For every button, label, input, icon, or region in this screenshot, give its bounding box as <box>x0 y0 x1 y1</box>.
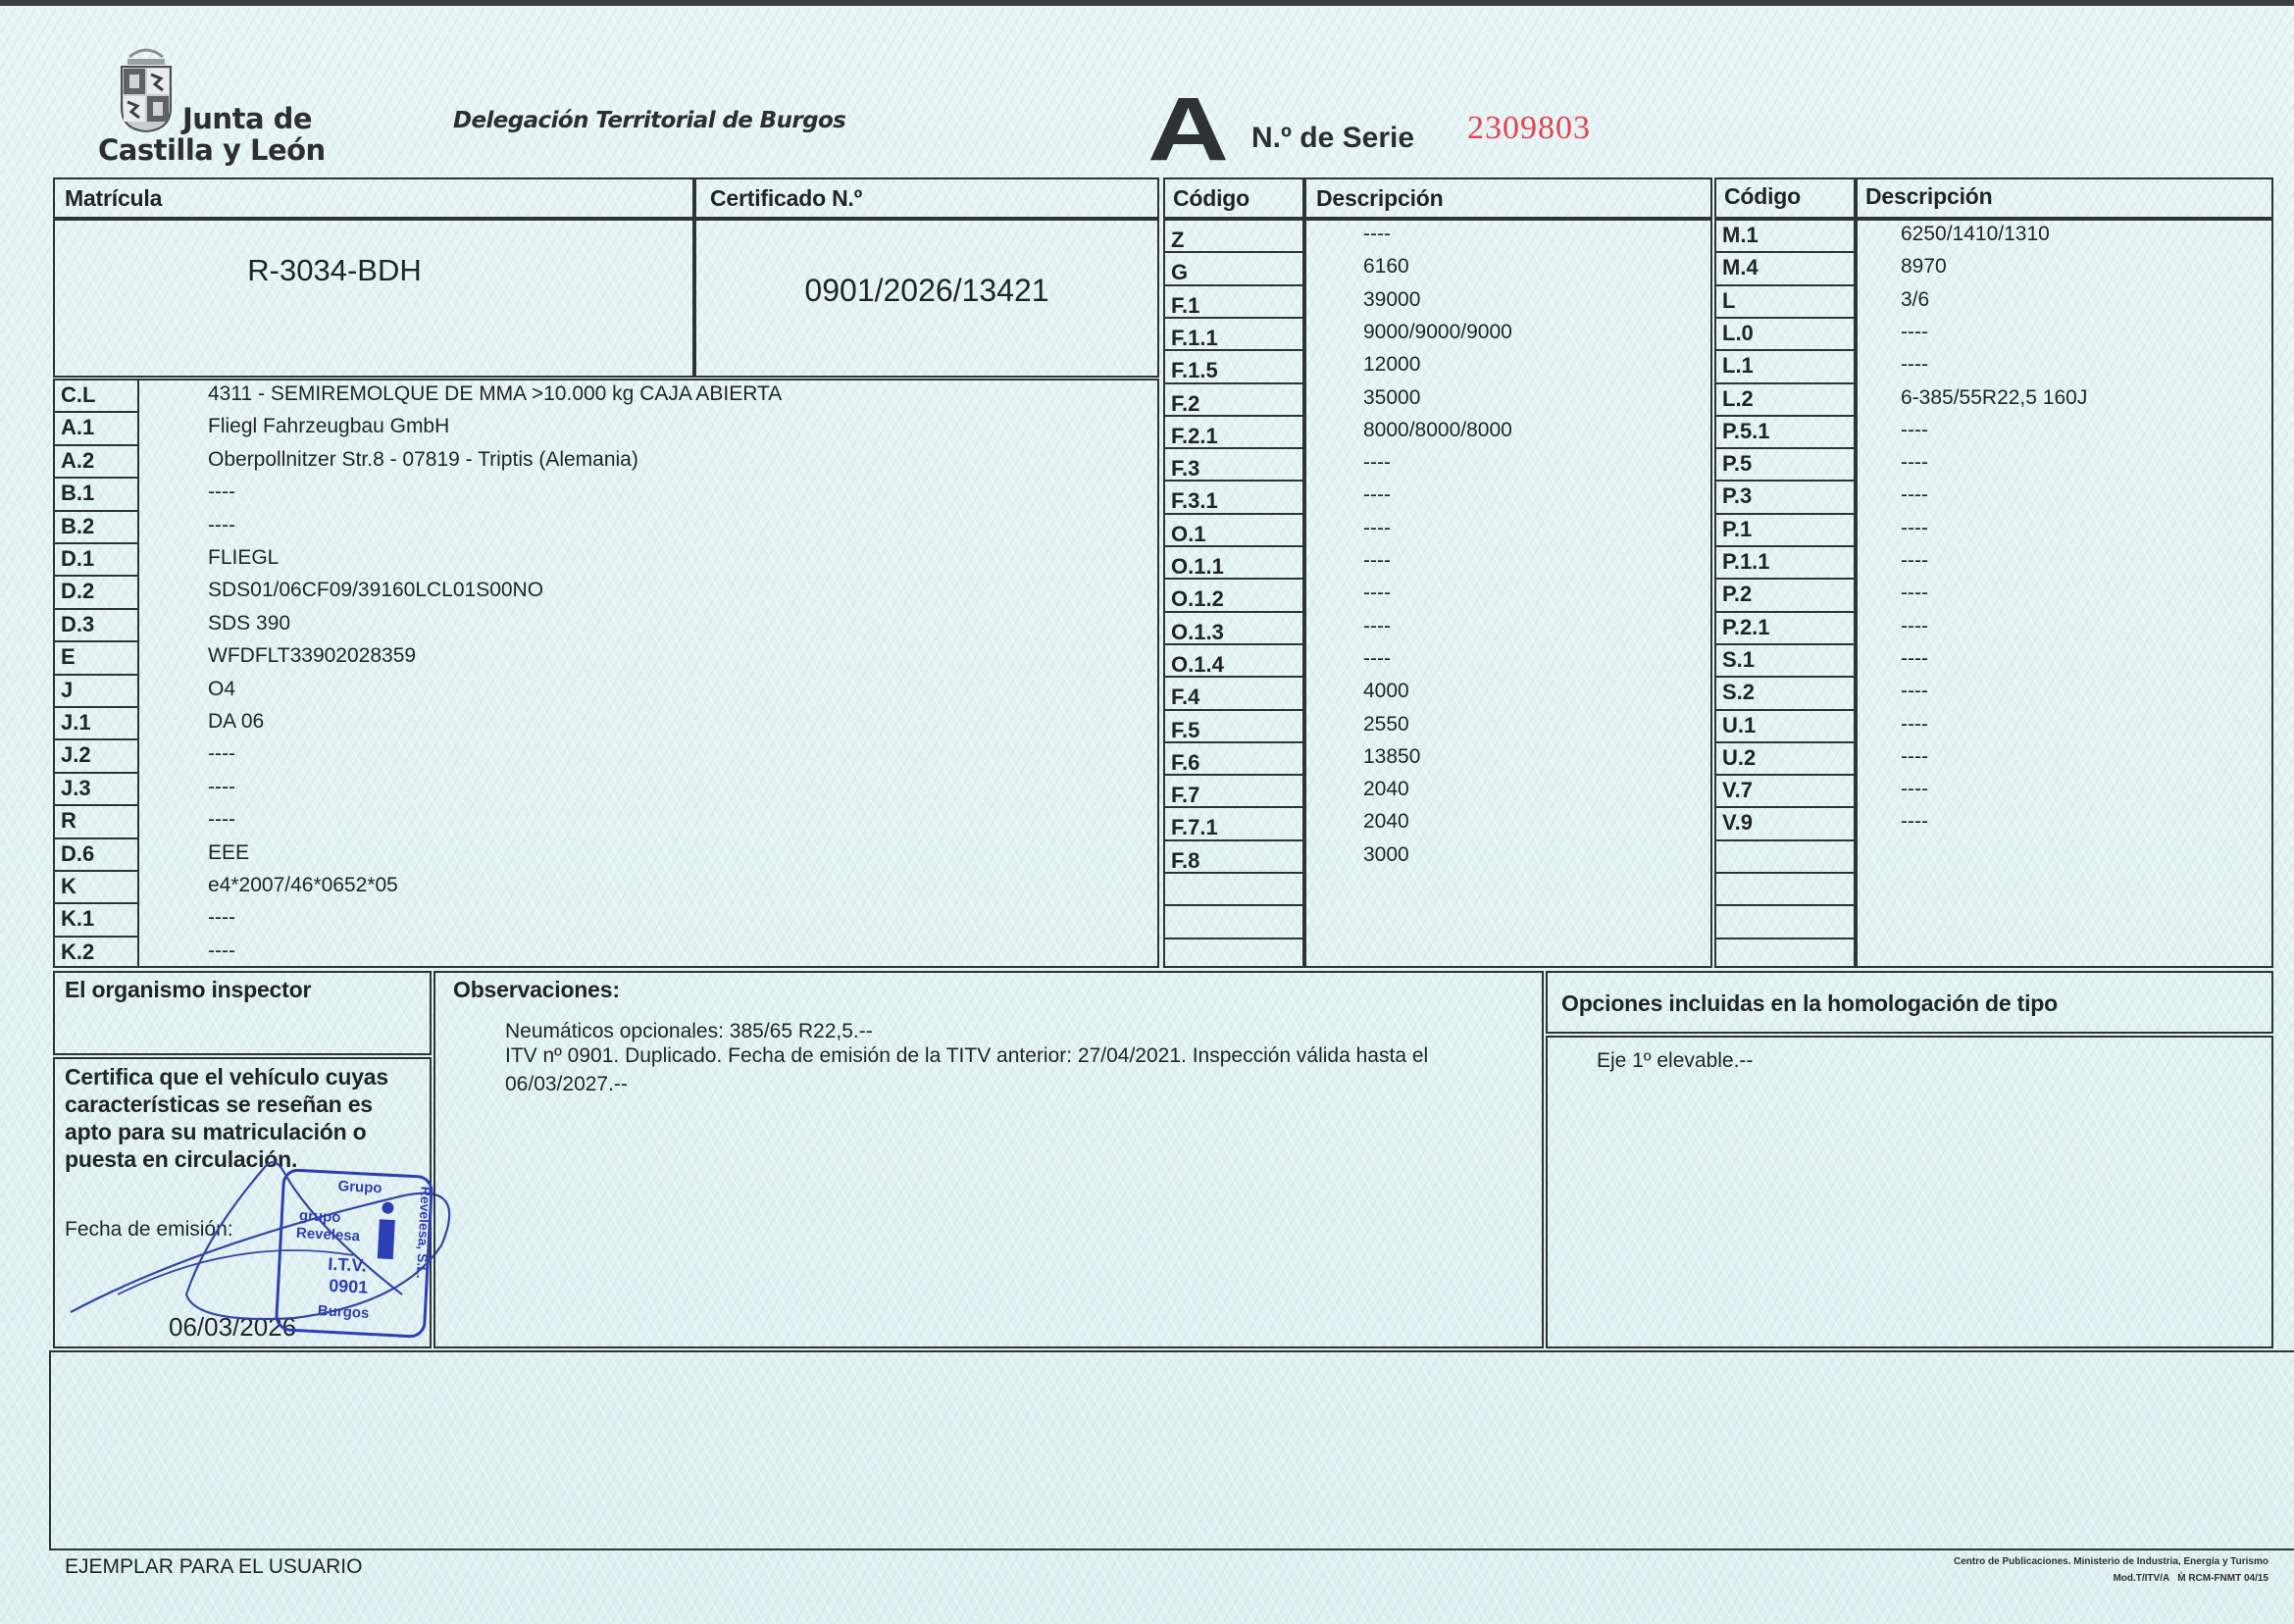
field-value: ---- <box>1363 517 1391 540</box>
field-code: F.6 <box>1165 750 1199 776</box>
row-divider <box>53 542 139 544</box>
row-divider <box>1163 806 1304 808</box>
field-value: ---- <box>1363 549 1391 573</box>
field-value: ---- <box>1901 451 1928 475</box>
row-divider <box>1714 938 1856 939</box>
field-code: F.1.5 <box>1165 358 1218 383</box>
field-code: F.8 <box>1165 848 1199 874</box>
publisher: Centro de Publicaciones. Ministerio de I… <box>1954 1556 2269 1567</box>
row-divider <box>1163 872 1304 874</box>
field-value: ---- <box>1901 745 1928 769</box>
field-value: ---- <box>208 939 235 963</box>
row-divider <box>1714 676 1856 678</box>
field-value: ---- <box>1901 713 1928 736</box>
certificado-label: Certificado N.º <box>710 185 862 212</box>
field-value: 9000/9000/9000 <box>1363 321 1512 344</box>
matricula-value: R-3034-BDH <box>53 253 616 288</box>
row-divider <box>1714 415 1856 417</box>
row-divider <box>53 936 139 938</box>
field-value: 39000 <box>1363 288 1420 312</box>
field-value: ---- <box>1901 647 1928 671</box>
row-divider <box>1714 349 1856 351</box>
row-divider <box>1714 513 1856 515</box>
field-code: O.1.3 <box>1165 620 1224 645</box>
delegation-title: Delegación Territorial de Burgos <box>453 108 845 133</box>
field-value: ---- <box>1901 810 1928 834</box>
field-code: D.6 <box>55 841 94 867</box>
field-code: F.7.1 <box>1165 815 1218 840</box>
field-code: Z <box>1165 228 1184 253</box>
row-divider <box>1714 251 1856 253</box>
print-reference: Mod.T/ITV/A M̊ RCM-FNMT 04/15 <box>2113 1573 2269 1584</box>
field-code: F.1.1 <box>1165 326 1218 351</box>
field-value: 6160 <box>1363 255 1409 279</box>
row-divider <box>53 575 139 577</box>
row-divider <box>1163 284 1304 286</box>
field-value: ---- <box>208 481 235 504</box>
field-value: ---- <box>208 776 235 799</box>
homologation-value-cell <box>1546 1036 2273 1348</box>
row-divider <box>1714 774 1856 776</box>
field-value: ---- <box>1901 582 1928 605</box>
row-divider <box>1163 251 1304 253</box>
field-code: K.1 <box>55 906 94 932</box>
field-code: O.1.2 <box>1165 586 1224 612</box>
serial-label: N.º de Serie <box>1251 122 1414 155</box>
row-divider <box>1714 741 1856 743</box>
row-divider <box>1163 578 1304 580</box>
row-divider <box>53 870 139 872</box>
row-divider <box>1714 578 1856 580</box>
field-value: 12000 <box>1363 353 1420 377</box>
field-value: Fliegl Fahrzeugbau GmbH <box>208 415 449 438</box>
field-value: ---- <box>1363 582 1391 605</box>
field-value: EEE <box>208 841 249 865</box>
field-code: C.L <box>55 382 95 408</box>
observations-title: Observaciones: <box>453 977 620 1003</box>
row-divider <box>1163 480 1304 482</box>
field-value: 3/6 <box>1901 288 1929 312</box>
field-value: WFDFLT33902028359 <box>208 644 416 668</box>
field-code: L <box>1716 288 1735 314</box>
row-divider <box>53 477 139 479</box>
field-value: SDS01/06CF09/39160LCL01S00NO <box>208 579 543 602</box>
field-value: e4*2007/46*0652*05 <box>208 874 398 897</box>
field-code: P.2 <box>1716 582 1752 607</box>
field-code: L.1 <box>1716 353 1754 379</box>
field-code: P.5.1 <box>1716 419 1770 444</box>
field-code: U.2 <box>1716 745 1756 771</box>
copy-label: EJEMPLAR PARA EL USUARIO <box>65 1555 362 1579</box>
field-value: ---- <box>1901 517 1928 540</box>
coat-of-arms-icon <box>116 43 177 133</box>
field-code: F.1 <box>1165 293 1199 319</box>
row-divider <box>1163 447 1304 449</box>
field-code: F.2 <box>1165 391 1199 417</box>
field-value: 3000 <box>1363 843 1409 867</box>
field-code: B.2 <box>55 514 94 539</box>
row-divider <box>53 902 139 904</box>
row-divider <box>1163 774 1304 776</box>
field-value: ---- <box>208 808 235 832</box>
row-divider <box>53 444 139 446</box>
field-code: F.7 <box>1165 783 1199 808</box>
field-value: 8000/8000/8000 <box>1363 419 1512 442</box>
field-value: Oberpollnitzer Str.8 - 07819 - Triptis (… <box>208 448 638 472</box>
row-divider <box>53 804 139 806</box>
row-divider <box>1163 382 1304 384</box>
field-code: P.2.1 <box>1716 615 1770 640</box>
field-value: 35000 <box>1363 386 1420 410</box>
field-code: F.3.1 <box>1165 488 1218 514</box>
row-divider <box>53 706 139 708</box>
field-value: O4 <box>208 678 235 701</box>
row-divider <box>53 510 139 512</box>
field-value: ---- <box>208 514 235 537</box>
row-divider <box>1714 545 1856 547</box>
field-value: ---- <box>1363 451 1391 475</box>
row-divider <box>53 411 139 413</box>
field-value: ---- <box>1901 353 1928 377</box>
field-code: L.2 <box>1716 386 1754 412</box>
field-value: ---- <box>1363 615 1391 638</box>
field-value: FLIEGL <box>208 546 279 570</box>
model-code: Mod.T/ITV/A <box>2113 1573 2168 1584</box>
matricula-label: Matrícula <box>65 185 162 212</box>
field-value: 2550 <box>1363 713 1409 736</box>
field-code: L.0 <box>1716 321 1754 346</box>
field-code: M.1 <box>1716 223 1759 248</box>
field-code: J.1 <box>55 710 91 736</box>
field-value: ---- <box>1901 778 1928 801</box>
field-code: M.4 <box>1716 255 1759 280</box>
row-divider <box>1714 382 1856 384</box>
row-divider <box>1163 513 1304 515</box>
row-divider <box>1163 611 1304 613</box>
field-code: D.3 <box>55 612 94 637</box>
logo-line-2: Castilla y León <box>98 133 326 167</box>
matricula-value-cell <box>53 219 694 378</box>
field-code: U.1 <box>1716 713 1756 738</box>
blank-area <box>49 1350 2294 1550</box>
field-code: V.9 <box>1716 810 1753 836</box>
row-divider <box>1714 317 1856 319</box>
field-value: ---- <box>1363 483 1391 507</box>
field-code: P.5 <box>1716 451 1752 477</box>
field-code: J <box>55 678 73 703</box>
row-divider <box>1163 643 1304 645</box>
row-divider <box>1714 904 1856 906</box>
field-code: R <box>55 808 76 834</box>
scan-edge <box>0 0 2294 6</box>
signature-scribble <box>59 1138 471 1334</box>
right-code-header: Código <box>1724 183 1801 210</box>
observation-line: Neumáticos opcionales: 385/65 R22,5.-- <box>505 1020 873 1043</box>
field-value: 2040 <box>1363 810 1409 834</box>
row-divider <box>1714 806 1856 808</box>
form-letter: A <box>1147 84 1229 175</box>
certificado-value: 0901/2026/13421 <box>694 273 1159 309</box>
field-value: ---- <box>1901 419 1928 442</box>
observation-line: ITV nº 0901. Duplicado. Fecha de emisión… <box>505 1044 1428 1068</box>
field-value: ---- <box>208 742 235 766</box>
row-divider <box>1714 872 1856 874</box>
field-value: ---- <box>1901 549 1928 573</box>
row-divider <box>1714 284 1856 286</box>
field-code: O.1.1 <box>1165 554 1224 580</box>
serial-number: 2309803 <box>1467 110 1591 147</box>
field-value: 2040 <box>1363 778 1409 801</box>
field-code: F.3 <box>1165 456 1199 482</box>
field-value: ---- <box>1901 615 1928 638</box>
right-desc-header: Descripción <box>1865 183 1992 210</box>
field-code: E <box>55 644 76 670</box>
row-divider <box>1714 480 1856 482</box>
row-divider <box>53 640 139 642</box>
row-divider <box>1163 317 1304 319</box>
field-value: 4000 <box>1363 680 1409 703</box>
mint-mark-icon: M̊ <box>2177 1573 2185 1584</box>
field-code: G <box>1165 260 1188 285</box>
row-divider <box>1714 611 1856 613</box>
field-value: DA 06 <box>208 710 264 734</box>
observation-line: 06/03/2027.-- <box>505 1073 628 1096</box>
logo-line-1: Junta de <box>182 102 312 135</box>
row-divider <box>1163 415 1304 417</box>
row-divider <box>53 738 139 740</box>
field-value: 4311 - SEMIREMOLQUE DE MMA >10.000 kg CA… <box>208 382 782 406</box>
field-value: ---- <box>1901 680 1928 703</box>
field-value: ---- <box>1901 321 1928 344</box>
field-value: 8970 <box>1901 255 1947 279</box>
field-code: K <box>55 874 76 899</box>
row-divider <box>53 608 139 610</box>
field-code: J.2 <box>55 742 91 768</box>
print-ref: RCM-FNMT 04/15 <box>2188 1573 2269 1584</box>
field-code: O.1.4 <box>1165 652 1224 678</box>
field-code: A.1 <box>55 415 94 440</box>
middle-code-header: Código <box>1173 185 1249 212</box>
row-divider <box>53 837 139 839</box>
homologation-value: Eje 1º elevable.-- <box>1597 1049 1753 1073</box>
field-value: 6-385/55R22,5 160J <box>1901 386 2087 410</box>
field-value: 13850 <box>1363 745 1420 769</box>
row-divider <box>1163 839 1304 841</box>
field-code: K.2 <box>55 939 94 965</box>
field-code: P.3 <box>1716 483 1752 509</box>
field-code: S.1 <box>1716 647 1755 673</box>
field-code: A.2 <box>55 448 94 474</box>
field-value: ---- <box>1363 223 1391 246</box>
field-value: SDS 390 <box>208 612 290 635</box>
field-value: ---- <box>1363 647 1391 671</box>
field-code: F.2.1 <box>1165 424 1218 449</box>
field-value: ---- <box>1901 483 1928 507</box>
field-value: 6250/1410/1310 <box>1901 223 2050 246</box>
row-divider <box>1714 709 1856 711</box>
row-divider <box>1163 741 1304 743</box>
row-divider <box>1714 643 1856 645</box>
row-divider <box>1163 904 1304 906</box>
field-code: O.1 <box>1165 522 1205 547</box>
middle-desc-header: Descripción <box>1316 185 1443 212</box>
row-divider <box>1714 447 1856 449</box>
row-divider <box>1163 545 1304 547</box>
field-code: F.5 <box>1165 718 1199 743</box>
field-code: V.7 <box>1716 778 1753 803</box>
row-divider <box>53 772 139 774</box>
field-code: P.1.1 <box>1716 549 1770 575</box>
row-divider <box>1163 676 1304 678</box>
row-divider <box>53 674 139 676</box>
inspector-title: El organismo inspector <box>65 977 311 1003</box>
field-code: D.1 <box>55 546 94 572</box>
field-code: S.2 <box>1716 680 1755 705</box>
field-code: J.3 <box>55 776 91 801</box>
row-divider <box>1714 839 1856 841</box>
field-code: D.2 <box>55 579 94 604</box>
homologation-title: Opciones incluidas en la homologación de… <box>1561 990 2058 1017</box>
field-code: F.4 <box>1165 685 1199 710</box>
row-divider <box>1163 938 1304 939</box>
row-divider <box>1163 349 1304 351</box>
field-value: ---- <box>208 906 235 930</box>
row-divider <box>1163 709 1304 711</box>
field-code: P.1 <box>1716 517 1752 542</box>
field-code: B.1 <box>55 481 94 506</box>
